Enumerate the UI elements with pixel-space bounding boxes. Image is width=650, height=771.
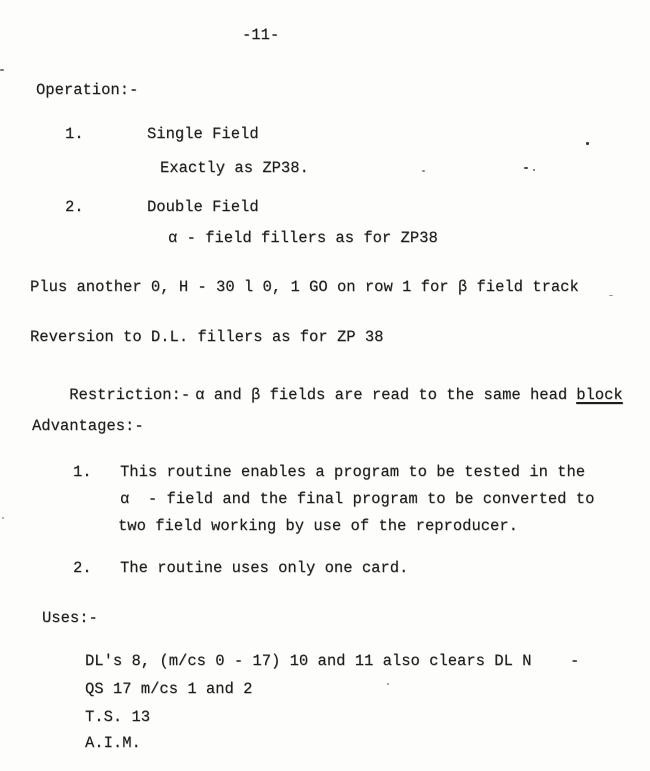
scan-speck <box>586 142 589 145</box>
operation-item-1-detail: Exactly as ZP38. <box>160 160 309 177</box>
restriction-underlined-word: block <box>576 386 623 404</box>
advantages-item-2-number: 2. <box>73 560 92 577</box>
advantages-item-2-line-1: The routine uses only one card. <box>120 560 408 577</box>
note-reversion: Reversion to D.L. fillers as for ZP 38 <box>30 329 383 346</box>
scan-speck <box>2 517 4 519</box>
operation-item-1-number: 1. <box>65 126 84 143</box>
uses-line-4: A.I.M. <box>85 735 141 752</box>
scan-speck <box>422 170 425 172</box>
scan-speck <box>387 683 389 685</box>
operation-item-2-detail: α - field fillers as for ZP38 <box>168 230 438 247</box>
advantages-item-1-line-2: α - field and the final program to be co… <box>120 491 594 508</box>
scan-speck <box>524 167 528 169</box>
restriction-label: Restriction:- <box>69 386 190 404</box>
restriction-line: Restriction:-α and β fields are read to … <box>32 370 623 421</box>
scan-speck <box>609 295 613 296</box>
scan-speck <box>533 169 535 171</box>
operation-item-2-number: 2. <box>65 199 84 216</box>
operation-item-2-title: Double Field <box>147 199 259 216</box>
restriction-text: α and β fields are read to the same head <box>195 386 567 404</box>
operation-item-1-title: Single Field <box>147 126 259 143</box>
stray-dash: - <box>570 653 579 670</box>
document-page: -11- Operation:- 1. Single Field Exactly… <box>0 0 650 771</box>
advantages-item-1-line-1: This routine enables a program to be tes… <box>120 464 585 481</box>
uses-line-3: T.S. 13 <box>85 709 150 726</box>
note-beta-field-track: Plus another 0, H - 30 l 0, 1 GO on row … <box>30 279 579 296</box>
uses-line-2: QS 17 m/cs 1 and 2 <box>85 681 252 698</box>
uses-line-1: DL's 8, (m/cs 0 - 17) 10 and 11 also cle… <box>85 653 531 670</box>
uses-heading: Uses:- <box>42 610 98 627</box>
advantages-heading: Advantages:- <box>32 418 144 435</box>
page-number: -11- <box>242 27 279 44</box>
operation-heading: Operation:- <box>36 82 138 99</box>
advantages-item-1-line-3: two field working by use of the reproduc… <box>118 518 518 535</box>
advantages-item-1-number: 1. <box>73 464 92 481</box>
scan-speck <box>0 69 4 71</box>
